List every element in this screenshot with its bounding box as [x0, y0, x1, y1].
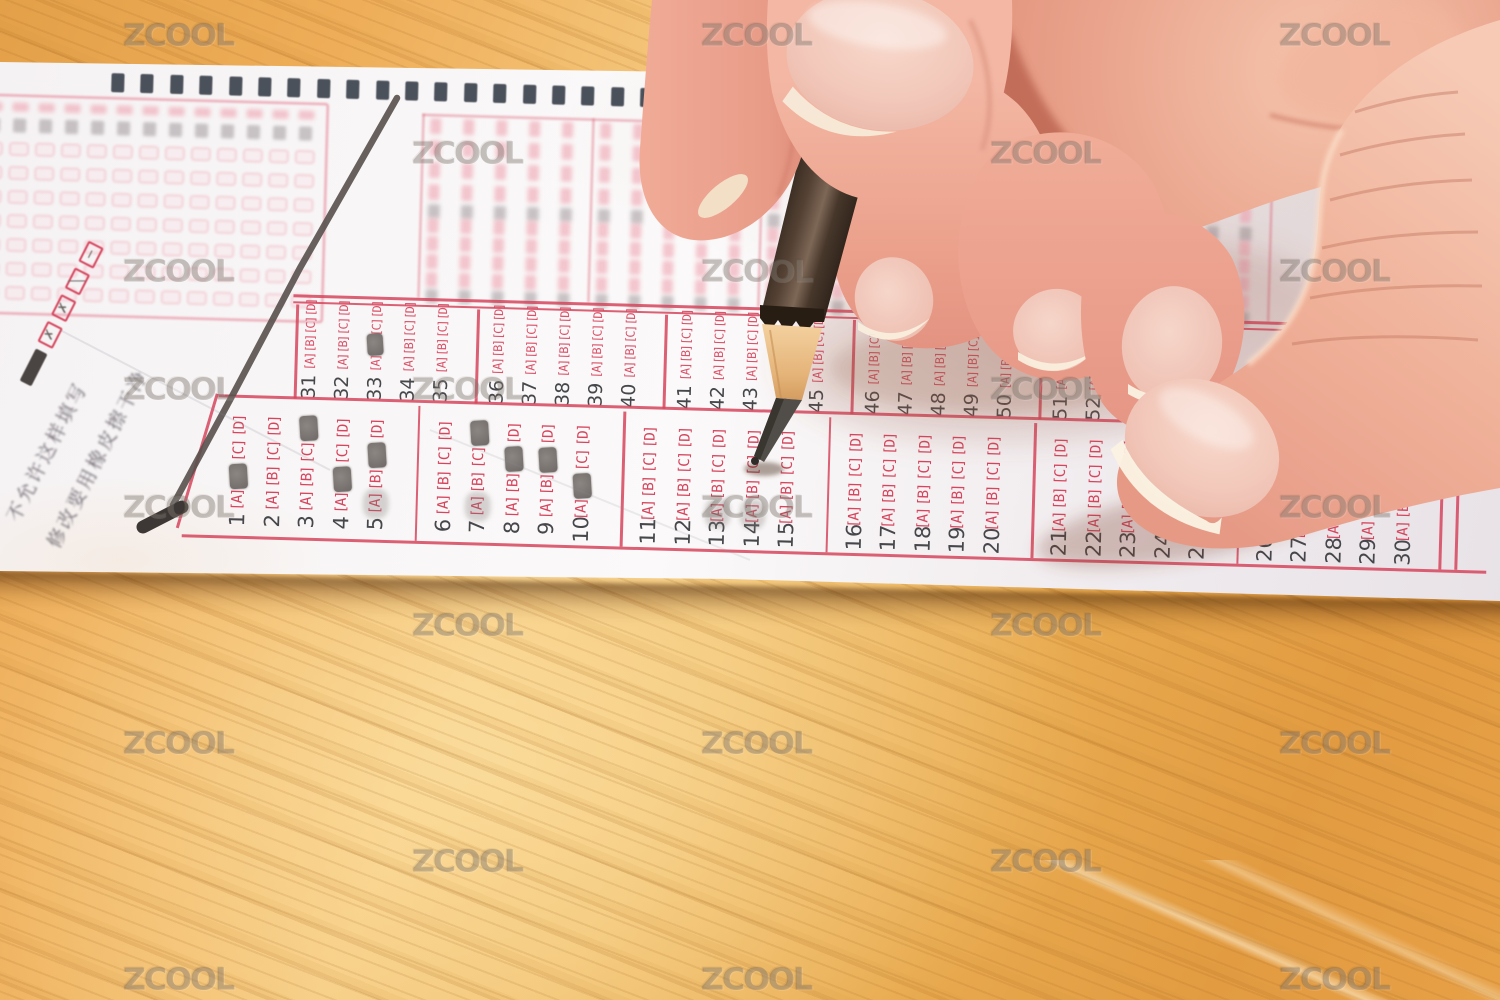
pencil-tip: [751, 457, 759, 465]
photo-scene: 31[A][B][C][D]32[A][B][C][D]33[A][B][C][…: [0, 0, 1500, 1000]
paper-scratch: [60, 330, 330, 470]
pencil-tip-shadow: [744, 462, 784, 476]
paper-scratch: [430, 430, 750, 560]
printed-diagonal-line: [173, 98, 397, 505]
printed-diagonal-dash: [143, 507, 182, 527]
hand-and-pencil-overlay: [0, 0, 1500, 1000]
